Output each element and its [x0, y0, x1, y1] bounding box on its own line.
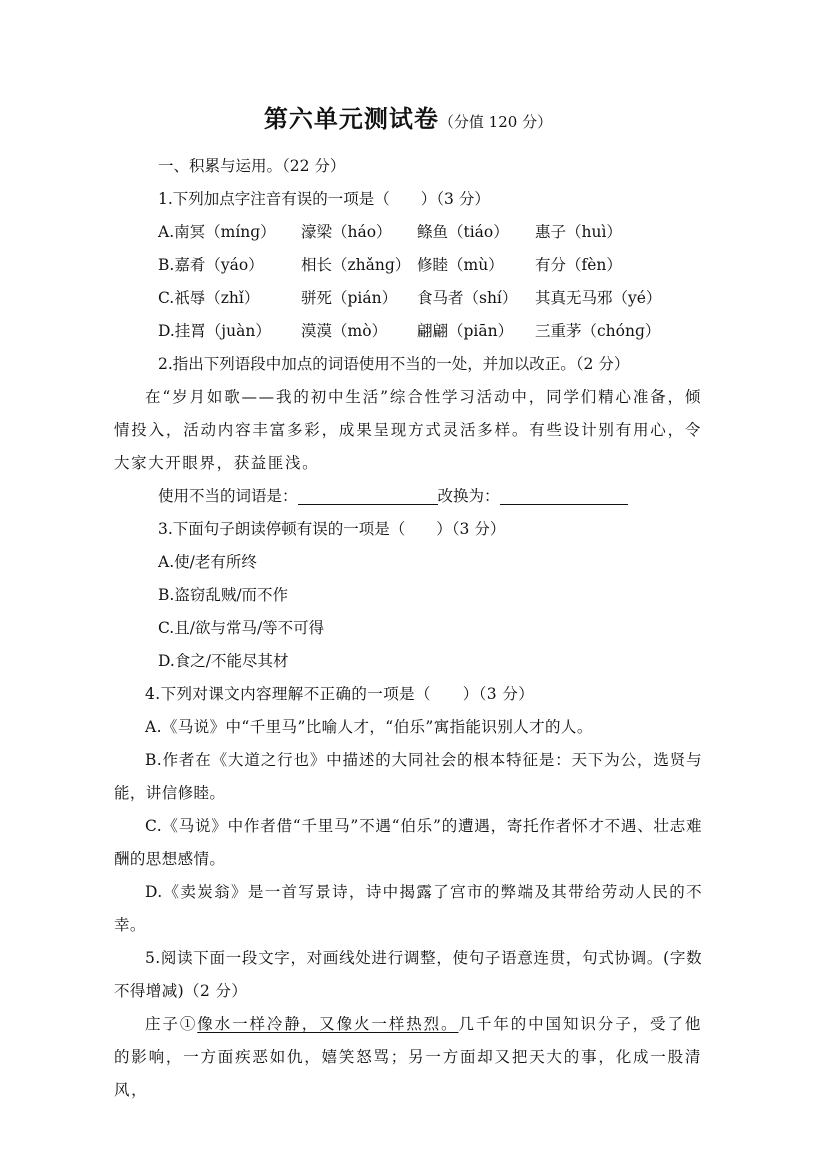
answer-blank-1[interactable] [298, 484, 438, 505]
question-4-option-d: D.《卖炭翁》是一首写景诗，诗中揭露了宫市的弊端及其带给劳动人民的不幸。 [114, 876, 702, 942]
exam-page: 第六单元测试卷（分值 120 分） 一、积累与运用。（22 分） 1.下列加点字… [114, 100, 702, 1107]
question-2-answer-line: 使用不当的词语是：改换为： [114, 480, 702, 513]
question-4-stem: 4.下列对课文内容理解不正确的一项是（ ）（3 分） [114, 678, 702, 711]
question-4-option-a: A.《马说》中“千里马”比喻人才，“伯乐”寓指能识别人才的人。 [114, 711, 702, 744]
underlined-sentence: 像水一样冷静，又像火一样热烈。 [197, 1015, 458, 1033]
question-3-option-d: D.食之/不能尽其材 [114, 645, 702, 678]
answer-blank-2[interactable] [500, 484, 628, 505]
question-3-stem: 3.下面句子朗读停顿有误的一项是（ ）（3 分） [114, 513, 702, 546]
question-3-option-b: B.盗窃乱贼/而不作 [114, 579, 702, 612]
question-3-option-a: A.使/老有所终 [114, 546, 702, 579]
question-4-option-b: B.作者在《大道之行也》中描述的大同社会的根本特征是：天下为公，选贤与能，讲信修… [114, 744, 702, 810]
question-4-option-c: C.《马说》中作者借“千里马”不遇“伯乐”的遭遇，寄托作者怀才不遇、壮志难酬的思… [114, 810, 702, 876]
question-1-option-c: C.祇辱（zhǐ）骈死（pián）食马者（shí）其真无马邪（yé） [114, 282, 702, 315]
title-main: 第六单元测试卷 [264, 104, 439, 133]
question-1-option-a: A.南冥（mínɡ）濠梁（háo）鲦鱼（tiáo）惠子（huì） [114, 216, 702, 249]
question-5-passage: 庄子①像水一样冷静，又像火一样热烈。几千年的中国知识分子，受了他的影响，一方面疾… [114, 1008, 702, 1107]
question-1-option-b: B.嘉肴（yáo）相长（zhǎnɡ）修睦（mù）有分（fèn） [114, 249, 702, 282]
question-1-stem: 1.下列加点字注音有误的一项是（ ）（3 分） [114, 183, 702, 216]
page-title: 第六单元测试卷（分值 120 分） [114, 100, 702, 138]
question-3-option-c: C.且/欲与常马/等不可得 [114, 612, 702, 645]
title-score: （分值 120 分） [439, 113, 552, 131]
answer-label-2: 改换为： [438, 487, 500, 505]
question-1-option-d: D.挂罥（juàn）漠漠（mò）翩翩（piān）三重茅（chónɡ） [114, 315, 702, 348]
answer-label-1: 使用不当的词语是： [158, 487, 298, 505]
question-2-stem: 2.指出下列语段中加点的词语使用不当的一处，并加以改正。（2 分） [114, 348, 702, 381]
section-heading: 一、积累与运用。（22 分） [114, 150, 702, 183]
question-5-stem: 5.阅读下面一段文字，对画线处进行调整，使句子语意连贯，句式协调。(字数不得增减… [114, 942, 702, 1008]
question-2-passage: 在“岁月如歌——我的初中生活”综合性学习活动中，同学们精心准备，倾情投入，活动内… [114, 381, 702, 480]
